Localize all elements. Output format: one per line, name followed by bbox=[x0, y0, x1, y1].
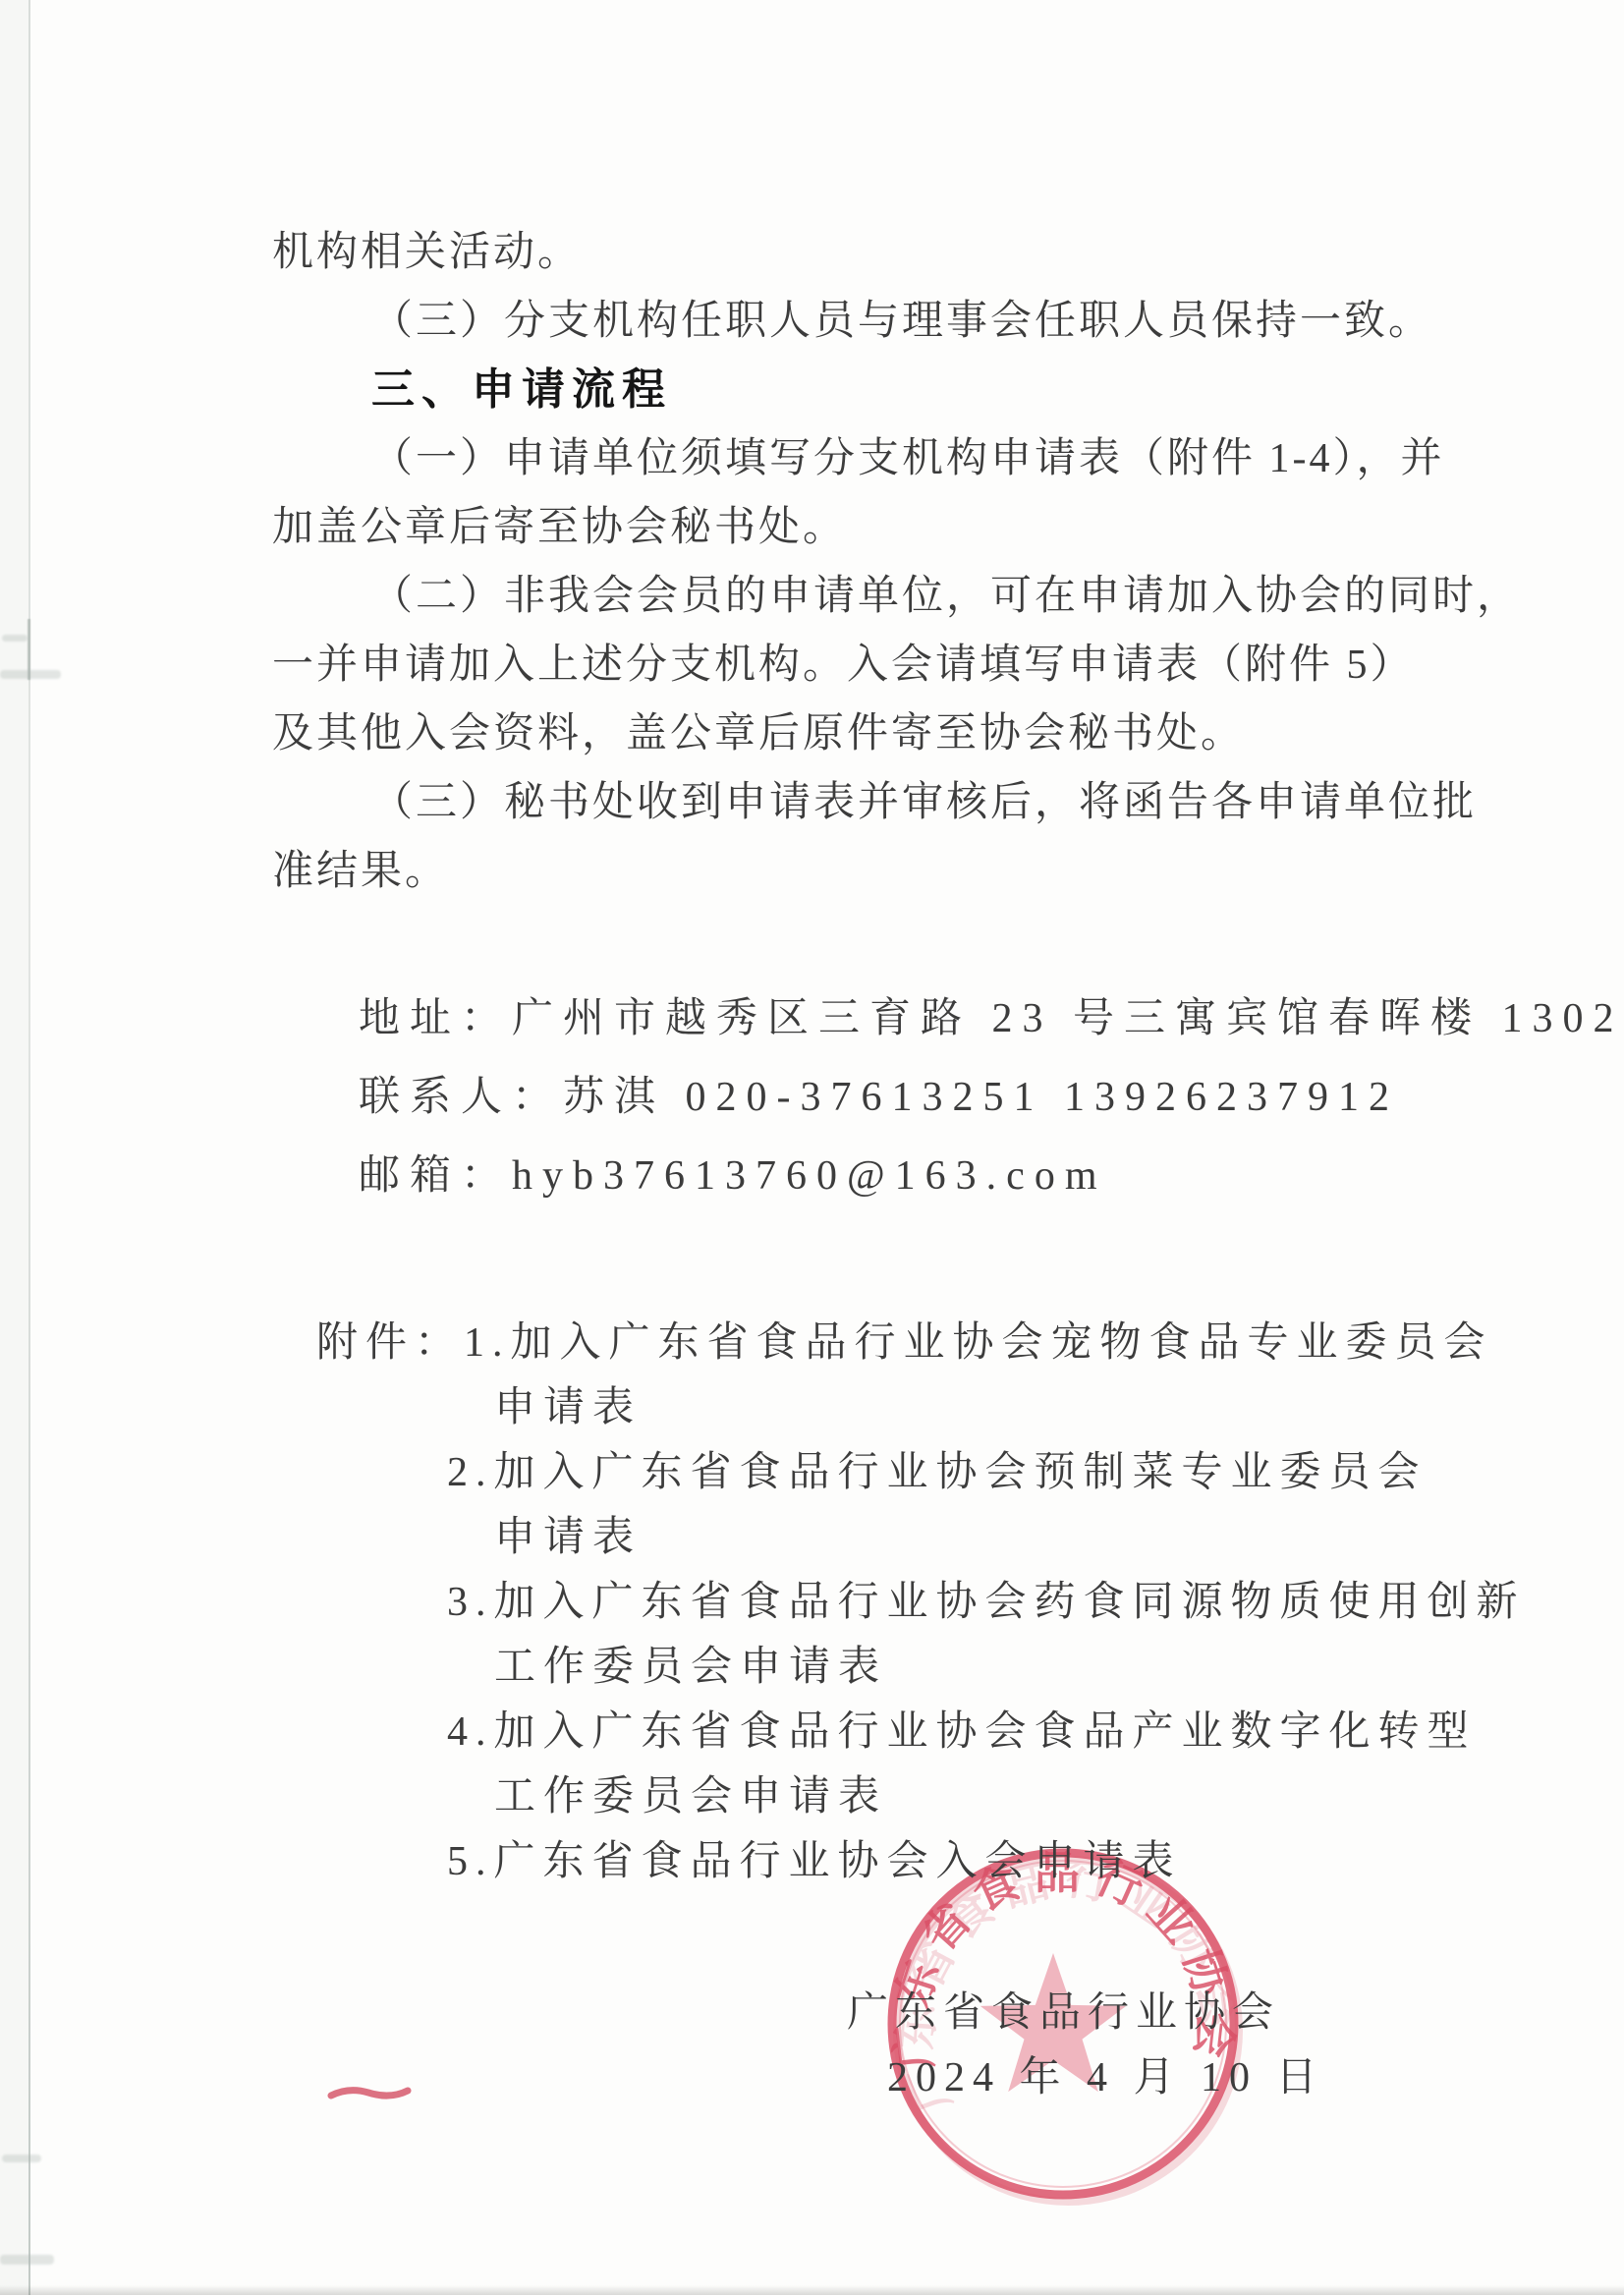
text-line-7: 一并申请加入上述分支机构。入会请填写申请表（附件 5） bbox=[272, 633, 1415, 698]
text-line-6: （二）非我会会员的申请单位，可在申请加入协会的同时， bbox=[371, 564, 1521, 629]
text-line-13: 邮箱：hyb37613760@163.com bbox=[359, 1144, 1107, 1208]
text-line-3: 三、申请流程 bbox=[371, 358, 672, 422]
text-line-16: 2.加入广东省食品行业协会预制菜专业委员会 bbox=[447, 1440, 1428, 1505]
text-line-17: 申请表 bbox=[494, 1505, 642, 1570]
text-line-18: 3.加入广东省食品行业协会药食同源物质使用创新 bbox=[447, 1570, 1526, 1635]
text-line-9: （三）秘书处收到申请表并审核后，将函告各申请单位批 bbox=[371, 770, 1477, 835]
text-line-23: 广东省食品行业协会 bbox=[847, 1981, 1280, 2045]
text-line-22: 5.广东省食品行业协会入会申请表 bbox=[447, 1829, 1182, 1894]
text-line-24: 2024 年 4 月 10 日 bbox=[887, 2045, 1325, 2110]
text-line-10: 准结果。 bbox=[272, 839, 449, 904]
text-line-19: 工作委员会申请表 bbox=[494, 1635, 887, 1700]
text-line-2: （三）分支机构任职人员与理事会任职人员保持一致。 bbox=[371, 289, 1432, 354]
text-line-5: 加盖公章后寄至协会秘书处。 bbox=[272, 495, 847, 560]
text-line-8: 及其他入会资料，盖公章后原件寄至协会秘书处。 bbox=[272, 701, 1245, 766]
text-line-14: 附件：1.加入广东省食品行业协会宠物食品专业委员会 bbox=[316, 1311, 1493, 1375]
text-line-15: 申请表 bbox=[494, 1375, 642, 1440]
scanned-document-page: 广东省食品行业协会 广东省食品行业协会 机构相关活动。（三）分支机构任职人员与理… bbox=[0, 0, 1624, 2295]
text-line-12: 联系人：苏淇 020-37613251 13926237912 bbox=[359, 1065, 1399, 1130]
document-text-block: 机构相关活动。（三）分支机构任职人员与理事会任职人员保持一致。三、申请流程（一）… bbox=[0, 0, 1624, 2295]
text-line-4: （一）申请单位须填写分支机构申请表（附件 1-4），并 bbox=[371, 426, 1445, 491]
text-line-1: 机构相关活动。 bbox=[272, 220, 582, 285]
text-line-20: 4.加入广东省食品行业协会食品产业数字化转型 bbox=[447, 1700, 1477, 1764]
text-line-11: 地址：广州市越秀区三育路 23 号三寓宾馆春晖楼 1302 bbox=[359, 986, 1624, 1051]
text-line-21: 工作委员会申请表 bbox=[494, 1764, 887, 1829]
